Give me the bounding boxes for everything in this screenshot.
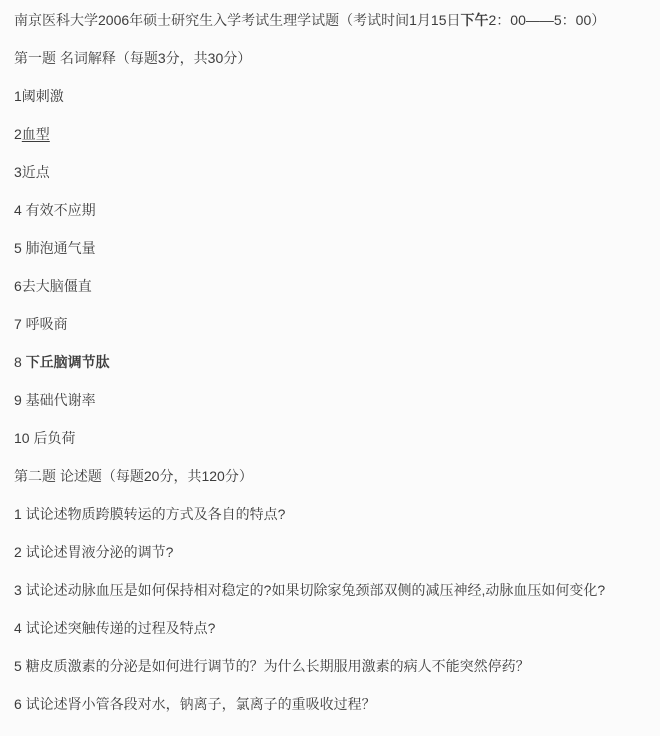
term-item-7: 7 呼吸商 [14, 315, 646, 334]
section2-heading: 第二题 论述题（每题20分，共120分） [14, 467, 646, 486]
essay-question-5: 5 糖皮质激素的分泌是如何进行调节的？为什么长期服用激素的病人不能突然停药？ [14, 657, 646, 676]
exam-title-time-emphasis: 下午 [461, 12, 489, 28]
essay-question-4: 4 试论述突触传递的过程及特点? [14, 619, 646, 638]
term-item-2-number: 2 [14, 126, 22, 142]
section1-heading: 第一题 名词解释（每题3分，共30分） [14, 49, 646, 68]
essay-question-2: 2 试论述胃液分泌的调节? [14, 543, 646, 562]
essay-question-3: 3 试论述动脉血压是如何保持相对稳定的?如果切除家兔颈部双侧的减压神经,动脉血压… [14, 581, 646, 600]
essay-question-6: 6 试论述肾小管各段对水，钠离子，氯离子的重吸收过程？ [14, 695, 646, 714]
term-item-6: 6去大脑僵直 [14, 277, 646, 296]
exam-paper-page: 南京医科大学2006年硕士研究生入学考试生理学试题（考试时间1月15日下午2：0… [0, 0, 660, 736]
exam-title-post: 2：00——5：00） [489, 12, 606, 28]
essay-question-1: 1 试论述物质跨膜转运的方式及各自的特点? [14, 505, 646, 524]
exam-title-pre: 南京医科大学2006年硕士研究生入学考试生理学试题（考试时间1月15日 [14, 12, 461, 28]
term-item-2-term: 血型 [22, 126, 50, 142]
term-item-8-number: 8 [14, 354, 26, 370]
term-item-5: 5 肺泡通气量 [14, 239, 646, 258]
term-item-8: 8 下丘脑调节肽 [14, 353, 646, 372]
term-item-10: 10 后负荷 [14, 429, 646, 448]
term-item-1: 1阈刺激 [14, 87, 646, 106]
term-item-8-term: 下丘脑调节肽 [26, 354, 110, 370]
exam-title: 南京医科大学2006年硕士研究生入学考试生理学试题（考试时间1月15日下午2：0… [14, 11, 646, 30]
term-item-9: 9 基础代谢率 [14, 391, 646, 410]
term-item-2: 2血型 [14, 125, 646, 144]
term-item-4: 4 有效不应期 [14, 201, 646, 220]
term-item-3: 3近点 [14, 163, 646, 182]
